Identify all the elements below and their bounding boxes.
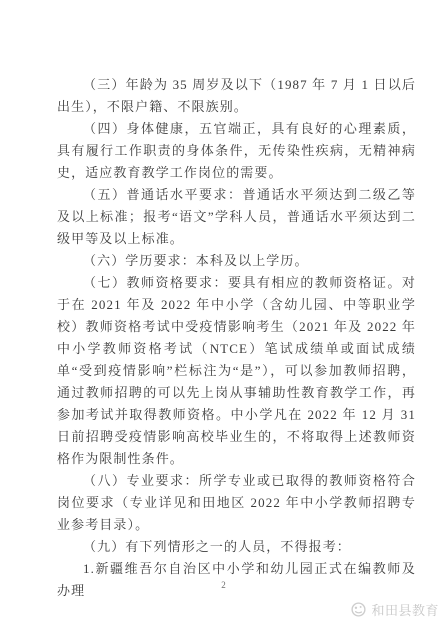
- paragraph-item-3-age-requirement: （三）年龄为 35 周岁及以下（1987 年 7 月 1 日以后出生），不限户籍…: [57, 74, 416, 118]
- paragraph-item-4-health-requirement: （四）身体健康，五官端正，具有良好的心理素质，具有履行工作职责的身体条件，无传染…: [57, 118, 416, 184]
- watermark-text: 和田县教育: [371, 600, 439, 619]
- paragraph-item-6-education-requirement: （六）学历要求：本科及以上学历。: [57, 250, 416, 272]
- page-number: 2: [0, 580, 447, 590]
- paragraph-item-8-major-requirement: （八）专业要求：所学专业或已取得的教师资格符合岗位要求（专业详见和田地区 202…: [57, 470, 416, 536]
- paragraph-item-7-teacher-certificate-requirement: （七）教师资格要求：要具有相应的教师资格证。对于在 2021 年及 2022 年…: [57, 272, 416, 470]
- official-account-logo-icon: [350, 601, 367, 618]
- paragraph-item-9-ineligible-intro: （九）有下列情形之一的人员，不得报考：: [57, 536, 416, 558]
- watermark: 和田县教育: [350, 600, 439, 619]
- paragraph-item-5-mandarin-requirement: （五）普通话水平要求：普通话水平须达到二级乙等及以上标准；报考“语文”学科人员，…: [57, 184, 416, 250]
- document-page: （三）年龄为 35 周岁及以下（1987 年 7 月 1 日以后出生），不限户籍…: [0, 0, 447, 632]
- document-body: （三）年龄为 35 周岁及以下（1987 年 7 月 1 日以后出生），不限户籍…: [57, 74, 416, 602]
